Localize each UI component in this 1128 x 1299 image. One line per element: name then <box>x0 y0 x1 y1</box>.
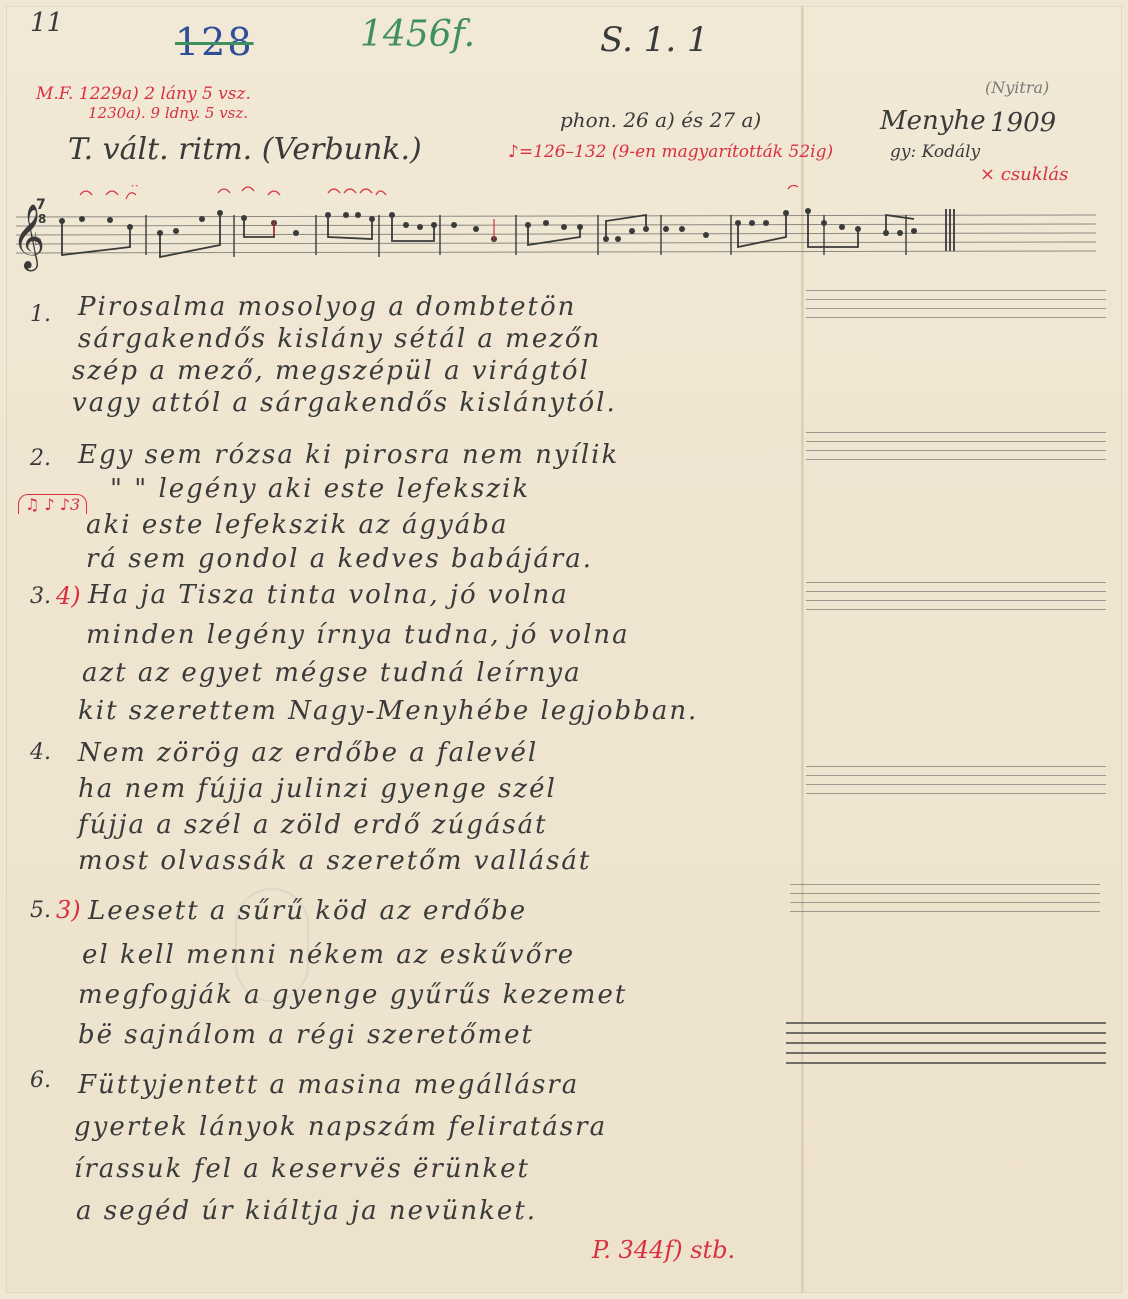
reference-line-2: 1230a). 9 ldny. 5 vsz. <box>88 104 248 122</box>
empty-staff-4 <box>806 766 1106 802</box>
catalog-number: 1456f. <box>360 14 475 55</box>
lyric-line: Füttyjentett a masina megállásra <box>78 1070 579 1100</box>
svg-text:×: × <box>360 185 369 186</box>
empty-staff-2 <box>806 432 1106 468</box>
svg-text:×: × <box>130 185 139 190</box>
svg-text:♭: ♭ <box>34 229 43 250</box>
collector: gy: Kodály <box>890 142 980 162</box>
lyric-line: most olvassák a szeretőm vallását <box>78 846 591 876</box>
tempo-marking: ♪=126–132 (9-en magyarították 52ig) <box>508 142 833 162</box>
empty-staff-5 <box>790 884 1100 920</box>
stanza-number: 4. <box>30 740 51 765</box>
region-label: (Nyitra) <box>985 78 1049 97</box>
lyric-line: Pirosalma mosolyog a dombtetön <box>78 292 576 322</box>
lyric-line: sárgakendős kislány sétál a mezőn <box>78 324 601 354</box>
lyric-line: gyertek lányok napszám feliratásra <box>74 1112 607 1142</box>
svg-text:×: × <box>272 185 281 186</box>
svg-text:×: × <box>110 185 119 188</box>
lyric-line: írassuk fel a keservës ërünket <box>74 1154 530 1184</box>
lyric-line: vagy attól a sárgakendős kislánytól. <box>72 388 617 418</box>
lyric-line: fújja a szél a zöld erdő zúgását <box>78 810 548 840</box>
variant-mark: 3) <box>56 896 81 924</box>
page-mark: 11 <box>30 8 63 38</box>
stanza-number: 2. <box>30 446 51 471</box>
variant-mark: 4) <box>56 582 81 610</box>
lyric-line: el kell menni nékem az eskűvőre <box>82 940 575 970</box>
annotation-note: × csuklás <box>980 164 1068 185</box>
lyric-line: bë sajnálom a régi szeretőmet <box>78 1020 534 1050</box>
year: 1909 <box>990 108 1056 138</box>
empty-staff-1 <box>806 290 1106 326</box>
lyric-line: szép a mező, megszépül a virágtól <box>72 356 590 386</box>
signature-mark: S. 1. 1 <box>600 20 709 60</box>
lyric-line: ha nem fújja julinzi gyenge szél <box>78 774 557 804</box>
lyric-line: kit szerettem Nagy-Menyhébe legjobban. <box>78 696 698 726</box>
svg-text:×: × <box>326 185 335 186</box>
place-name: Menyhe <box>880 106 986 136</box>
lyric-line: Ha ja Tisza tinta volna, jó volna <box>88 580 569 610</box>
lyric-line: Nem zörög az erdőbe a falevél <box>78 738 538 768</box>
empty-staff-6 <box>786 1022 1106 1064</box>
lyric-line: aki este lefekszik az ágyába <box>86 510 508 540</box>
lyric-line: Egy sem rózsa ki pirosra nem nyílik <box>78 440 619 470</box>
lyric-line: a segéd úr kiáltja ja nevünket. <box>76 1196 537 1226</box>
lyric-line: minden legény írnya tudna, jó volna <box>86 620 630 650</box>
lyric-line: " " legény aki este lefekszik <box>110 474 530 504</box>
empty-staff-3 <box>806 582 1106 618</box>
rhythm-annotation: ♫ ♪ ♪3 <box>18 494 87 514</box>
phonograph-reference: phon. 26 a) és 27 a) <box>560 108 761 132</box>
stanza-number: 5. <box>30 898 51 923</box>
svg-text:×: × <box>376 185 385 186</box>
melody-staff: 𝄞 7 8 ♭ <box>6 195 786 275</box>
lyric-line: Leesett a sűrű köd az erdőbe <box>88 896 527 926</box>
lyric-line: rá sem gondol a kedves babájára. <box>86 544 593 574</box>
svg-text:×: × <box>344 185 353 186</box>
stanza-number: 3. <box>30 584 51 609</box>
svg-text:×: × <box>88 185 97 188</box>
svg-text:7: 7 <box>36 197 46 213</box>
lyric-line: azt az egyet mégse tudná leírnya <box>82 658 582 688</box>
reference-line-1: M.F. 1229a) 2 lány 5 vsz. <box>36 84 251 104</box>
stanza-number: 1. <box>30 302 51 327</box>
song-title: T. vált. ritm. (Verbunk.) <box>68 132 422 167</box>
lyric-line: megfogják a gyenge gyűrűs kezemet <box>78 980 627 1010</box>
end-reference: P. 344f) stb. <box>592 1236 735 1264</box>
catalog-number-crossed: 128 <box>175 20 254 64</box>
stanza-number: 6. <box>30 1068 51 1093</box>
svg-text:8: 8 <box>38 212 46 226</box>
